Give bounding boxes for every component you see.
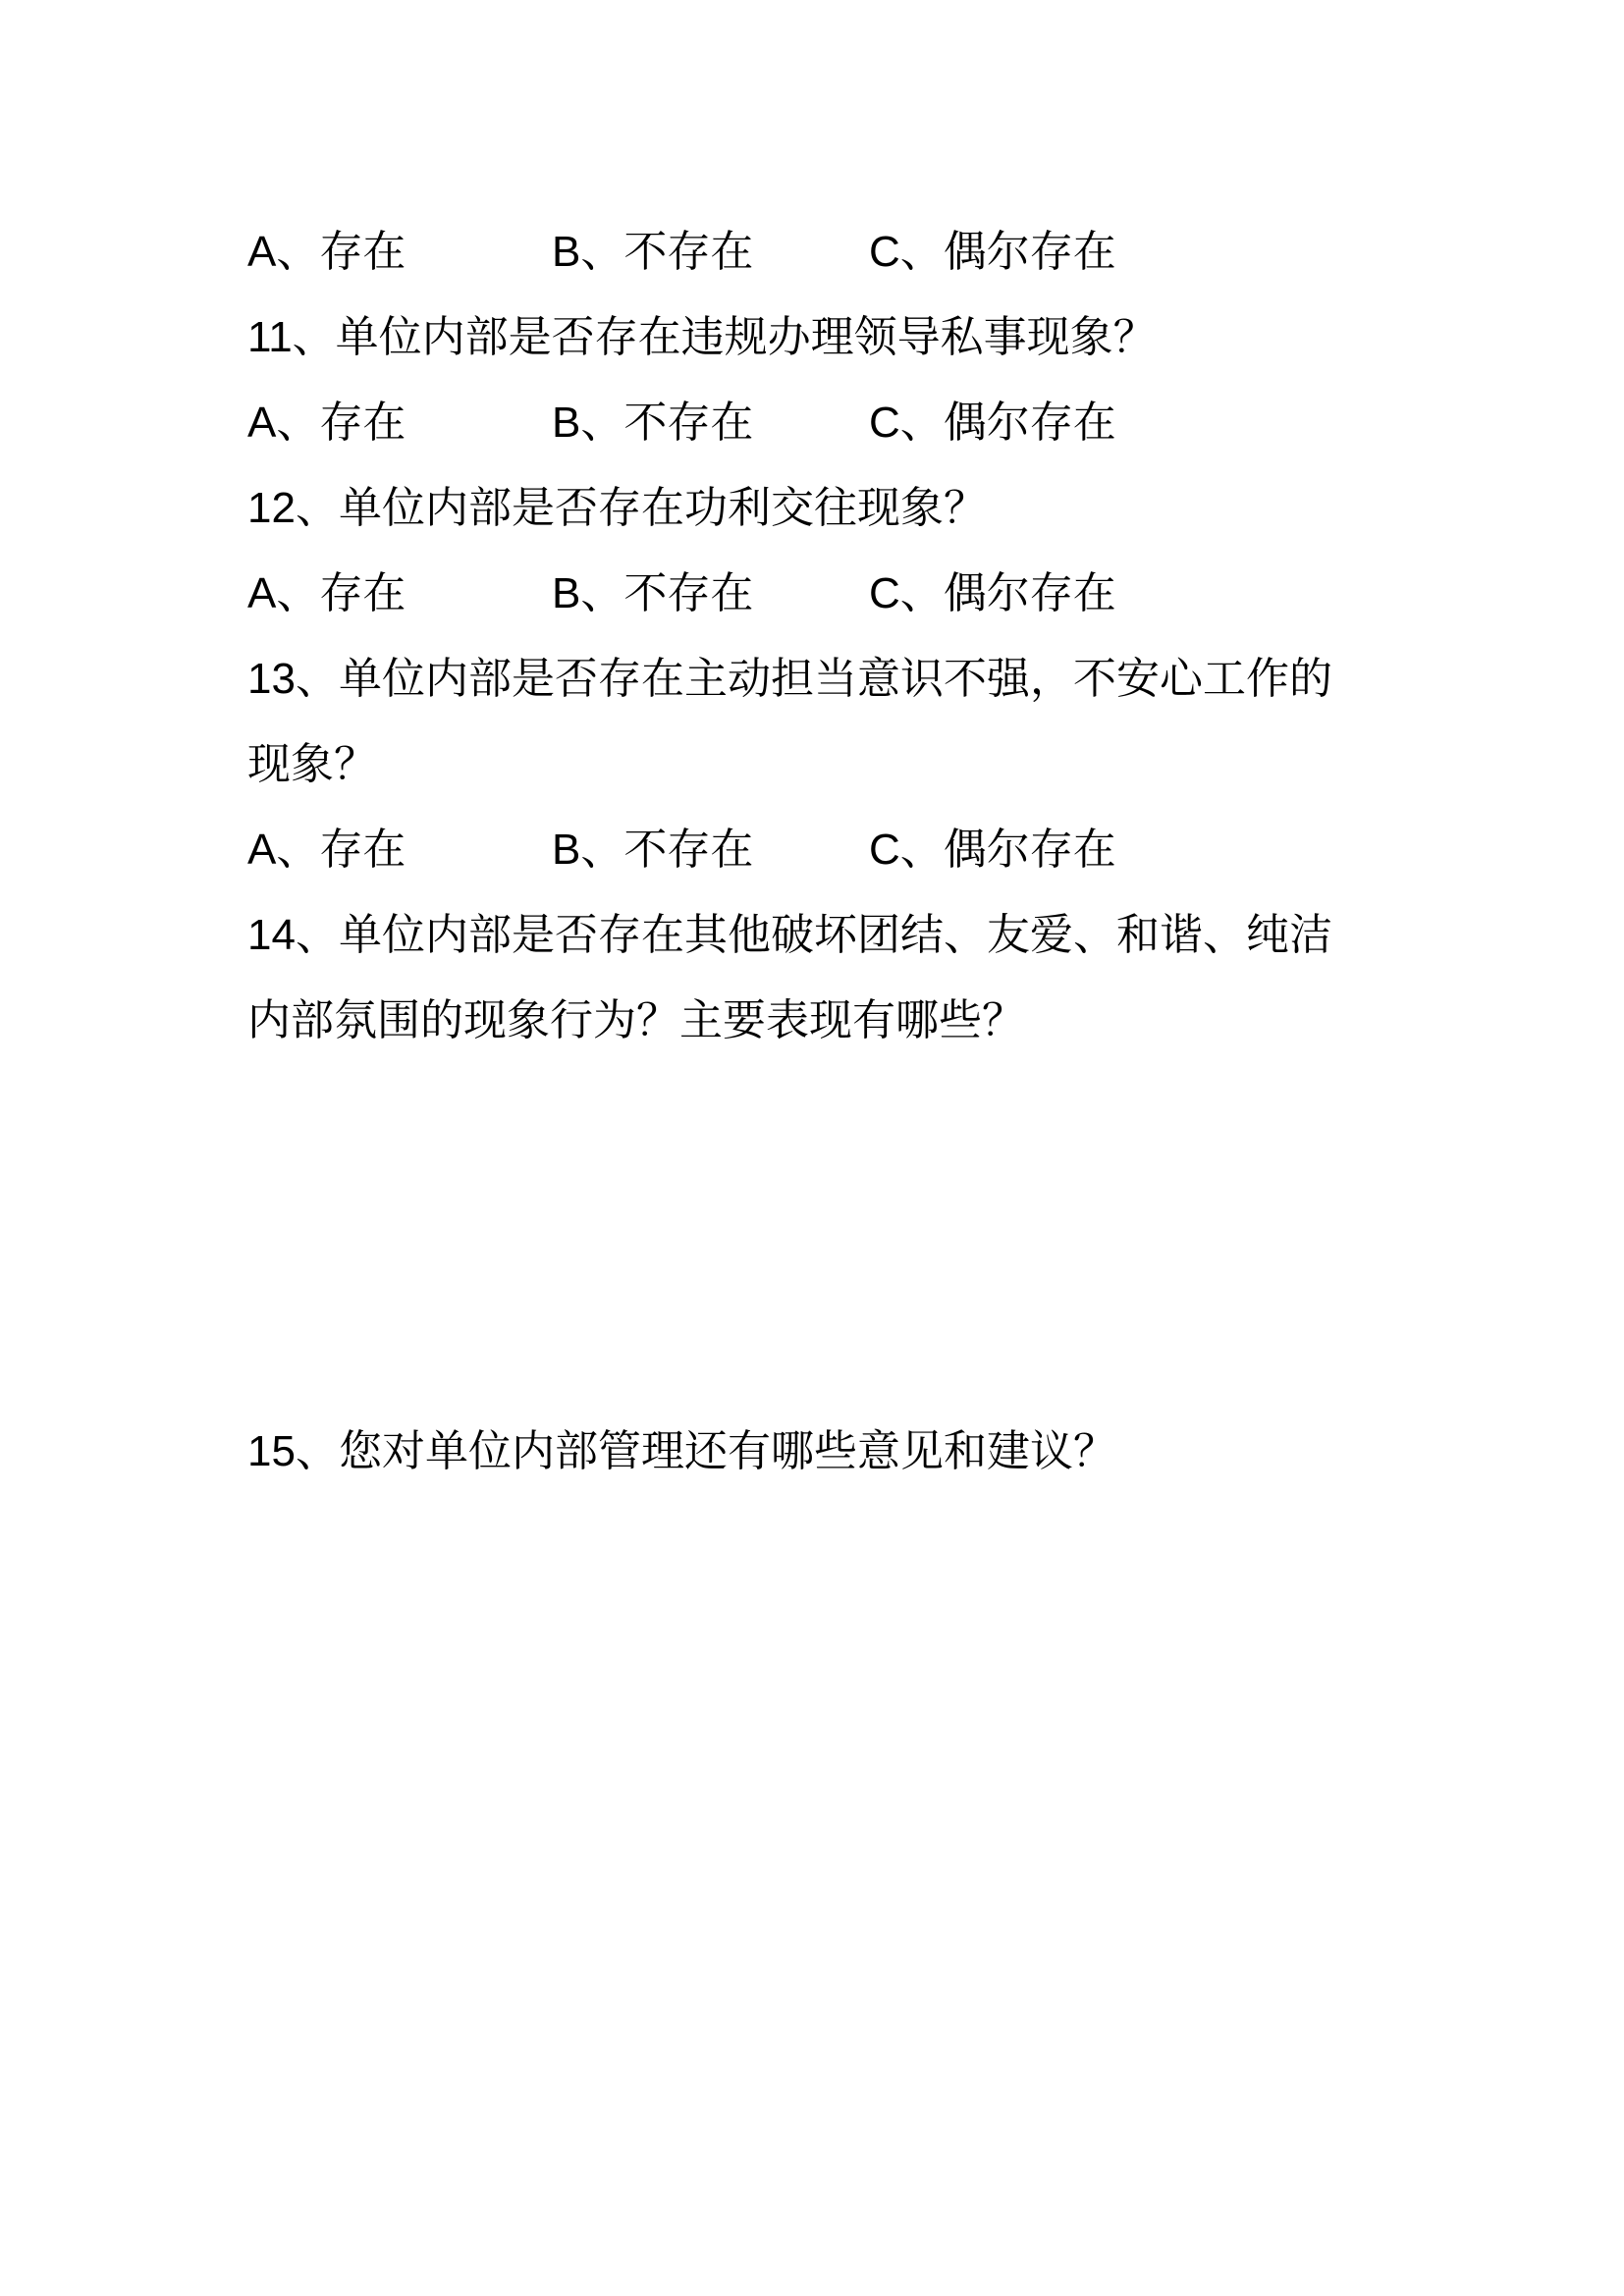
question-13-line-1: 13、单位内部是否存在主动担当意识不强，不安心工作的 [247,636,1381,721]
option-a: A、存在 [247,209,552,294]
question-14-line-2: 内部氛围的现象行为？主要表现有哪些？ [247,978,1381,1063]
option-c: C、偶尔存在 [869,807,1381,892]
option-c: C、偶尔存在 [869,209,1381,294]
option-a: A、存在 [247,807,552,892]
option-a: A、存在 [247,380,552,465]
survey-content: A、存在 B、不存在 C、偶尔存在 11、单位内部是否存在违规办理领导私事现象？… [247,209,1381,1494]
answer-options-row: A、存在 B、不存在 C、偶尔存在 [247,807,1381,892]
question-14-line-1: 14、单位内部是否存在其他破坏团结、友爱、和谐、纯洁 [247,892,1381,978]
option-b: B、不存在 [552,551,869,636]
option-c: C、偶尔存在 [869,380,1381,465]
question-12: 12、单位内部是否存在功利交往现象？ [247,465,1381,551]
survey-document-page: A、存在 B、不存在 C、偶尔存在 11、单位内部是否存在违规办理领导私事现象？… [0,0,1624,2296]
question-14: 14、单位内部是否存在其他破坏团结、友爱、和谐、纯洁 内部氛围的现象行为？主要表… [247,892,1381,1063]
answer-options-row: A、存在 B、不存在 C、偶尔存在 [247,551,1381,636]
answer-options-row: A、存在 B、不存在 C、偶尔存在 [247,209,1381,294]
answer-options-row: A、存在 B、不存在 C、偶尔存在 [247,380,1381,465]
question-15: 15、您对单位内部管理还有哪些意见和建议？ [247,1409,1381,1494]
question-13: 13、单位内部是否存在主动担当意识不强，不安心工作的 现象？ [247,636,1381,807]
option-c: C、偶尔存在 [869,551,1381,636]
question-13-line-2: 现象？ [247,721,1381,807]
option-a: A、存在 [247,551,552,636]
question-11: 11、单位内部是否存在违规办理领导私事现象？ [247,294,1381,380]
option-b: B、不存在 [552,209,869,294]
option-b: B、不存在 [552,380,869,465]
option-b: B、不存在 [552,807,869,892]
